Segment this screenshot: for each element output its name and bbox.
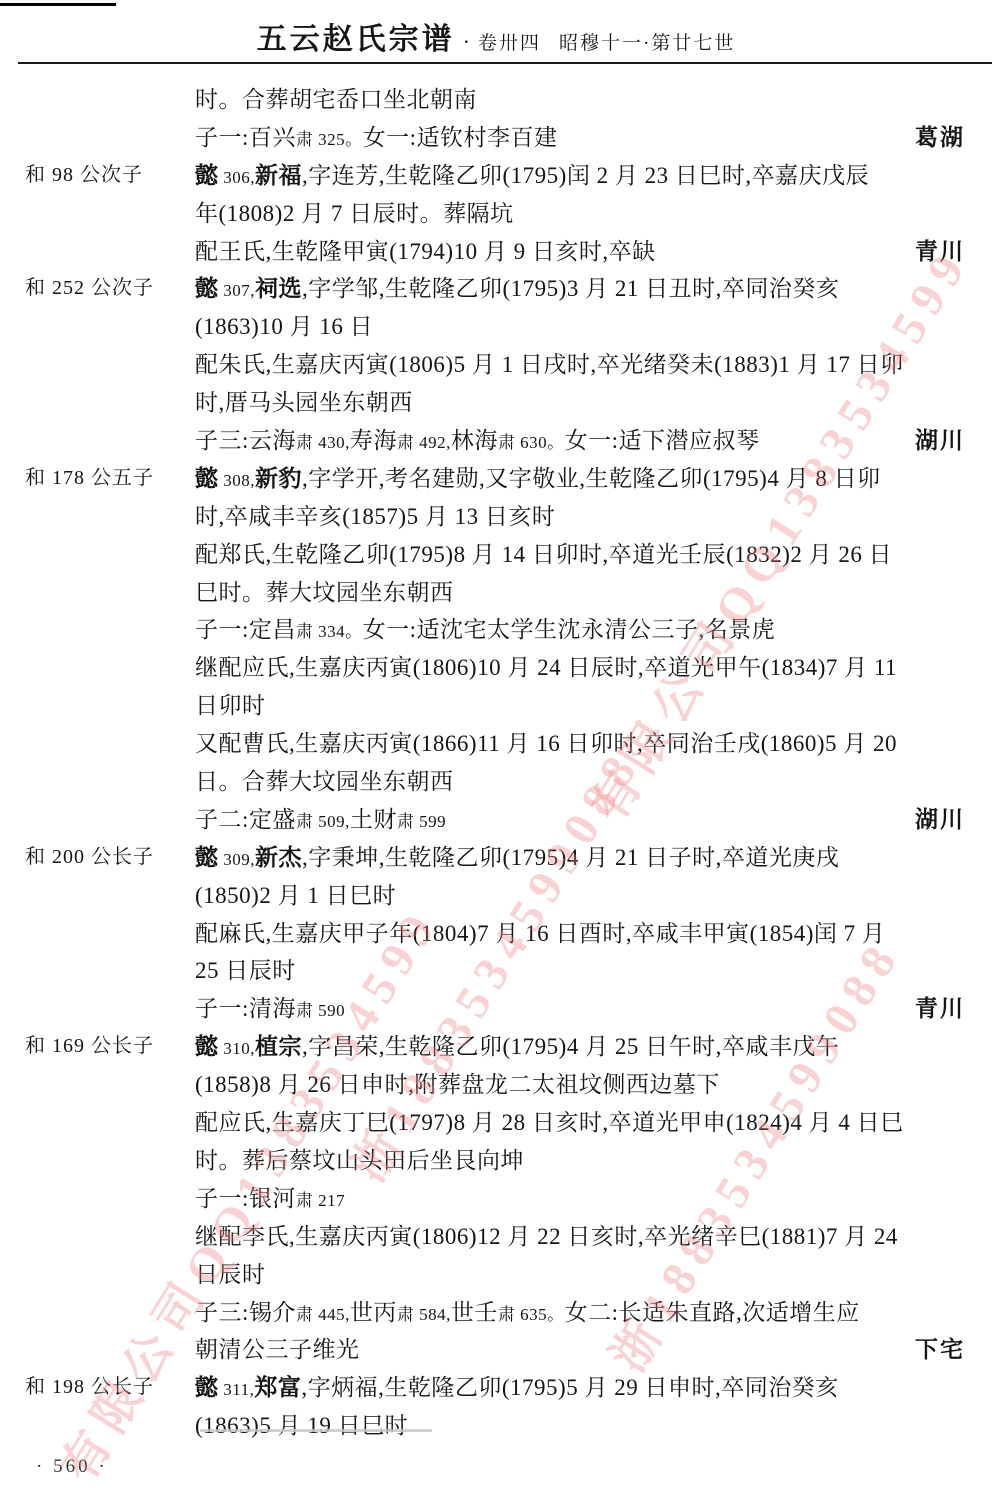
genealogy-line: 配麻氏,生嘉庆甲子年(1804)7 月 16 日酉时,卒咸丰甲寅(1854)闰 … <box>0 915 992 953</box>
genealogy-line: 年(1808)2 月 7 日辰时。葬隔坑 <box>0 195 992 233</box>
index-annotation: 306, <box>219 168 256 187</box>
person-name: 懿 <box>195 1034 219 1059</box>
line-segment: 配郑氏,生乾隆乙卯(1795)8 月 14 日卯时,卒道光壬辰(1832)2 月… <box>195 542 892 567</box>
line-text: 子二:定盛肃 509,土财肃 599 <box>195 801 446 841</box>
line-segment: (1850)2 月 1 日巳时 <box>195 883 396 908</box>
genealogy-line: 又配曹氏,生嘉庆丙寅(1866)11 月 16 日卯时,卒同治壬戌(1860)5… <box>0 725 992 763</box>
line-segment: 继配应氏,生嘉庆丙寅(1806)10 月 24 日辰时,卒道光甲午(1834)7… <box>195 655 897 680</box>
line-text: 子一:定昌肃 334。女一:适沈宅太学生沈永清公三子,名景虎 <box>195 611 775 651</box>
line-segment: 女一:适下潜应叔琴 <box>565 428 760 453</box>
genealogy-line: (1850)2 月 1 日巳时 <box>0 877 992 915</box>
genealogy-rows: 时。合葬胡宅岙口坐北朝南子一:百兴肃 325。女一:适钦村李百建葛湖和 98 公… <box>0 81 992 1445</box>
genealogy-line: 子二:定盛肃 509,土财肃 599湖川 <box>0 801 992 839</box>
line-text: 子一:银河肃 217 <box>195 1180 345 1220</box>
line-text: 日辰时 <box>195 1256 266 1294</box>
line-segment: 时,厝马头园坐东朝西 <box>195 390 413 415</box>
scan-artifact <box>200 1429 432 1432</box>
line-text: 日卯时 <box>195 687 266 725</box>
genealogy-line: 子一:清海肃 590青川 <box>0 990 992 1028</box>
person-name: 懿 <box>195 466 219 491</box>
line-text: 日。合葬大坟园坐东朝西 <box>195 763 454 801</box>
line-segment: 又配曹氏,生嘉庆丙寅(1866)11 月 16 日卯时,卒同治壬戌(1860)5… <box>195 731 897 756</box>
index-annotation: 肃 635。 <box>498 1305 565 1324</box>
line-text: 懿 311,郑富,字炳福,生乾隆乙卯(1795)5 月 29 日申时,卒同治癸亥 <box>195 1369 839 1409</box>
genealogy-line: 时。合葬胡宅岙口坐北朝南 <box>0 81 992 119</box>
line-segment: ,字昌荣,生乾隆乙卯(1795)4 月 25 日午时,卒咸丰戊午 <box>302 1034 839 1059</box>
hamlet-label: 青川 <box>915 233 965 271</box>
page-number: · 560 · <box>36 1456 108 1478</box>
line-segment: 女一:适钦村李百建 <box>363 125 558 150</box>
person-name: 植宗 <box>255 1034 302 1059</box>
index-annotation: 肃 325。 <box>296 130 363 149</box>
genealogy-line: (1858)8 月 26 日申时,附葬盘龙二太祖坟侧西边墓下 <box>0 1066 992 1104</box>
index-annotation: 肃 599 <box>397 812 446 831</box>
person-name: 懿 <box>195 1375 219 1400</box>
person-name: 懿 <box>195 163 219 188</box>
generation-side-label: 和 178 公五子 <box>25 460 154 498</box>
genealogy-line: 继配李氏,生嘉庆丙寅(1806)12 月 22 日亥时,卒光绪辛巳(1881)7… <box>0 1218 992 1256</box>
line-segment: 土财 <box>350 807 397 832</box>
line-segment: 朝清公三子维光 <box>195 1337 360 1362</box>
line-segment: 子一:百兴 <box>195 125 296 150</box>
line-text: 年(1808)2 月 7 日辰时。葬隔坑 <box>195 195 514 233</box>
line-segment: (1858)8 月 26 日申时,附葬盘龙二太祖坟侧西边墓下 <box>195 1072 720 1097</box>
line-text: 继配李氏,生嘉庆丙寅(1806)12 月 22 日亥时,卒光绪辛巳(1881)7… <box>195 1218 898 1256</box>
line-segment: 林海 <box>451 428 498 453</box>
index-annotation: 肃 630。 <box>498 433 565 452</box>
genealogy-line: 朝清公三子维光下宅 <box>0 1331 992 1369</box>
line-segment: 配王氏,生乾隆甲寅(1794)10 月 9 日亥时,卒缺 <box>195 239 656 264</box>
line-segment: 世丙 <box>350 1300 397 1325</box>
index-annotation: 310, <box>219 1039 256 1058</box>
generation-side-label: 和 200 公长子 <box>25 839 154 877</box>
scan-edge-mark <box>0 3 116 6</box>
line-segment: ,字学邹,生乾隆乙卯(1795)3 月 21 日丑时,卒同治癸亥 <box>302 276 839 301</box>
line-segment: 子二:定盛 <box>195 807 296 832</box>
line-segment: 子三:云海 <box>195 428 296 453</box>
generation-side-label: 和 252 公次子 <box>25 270 154 308</box>
line-text: 朝清公三子维光 <box>195 1331 360 1369</box>
header-rule <box>18 62 992 64</box>
section-label: 昭穆十一·第廿七世 <box>559 33 735 54</box>
title-separator: · <box>463 29 470 54</box>
line-segment: 时。合葬胡宅岙口坐北朝南 <box>195 87 477 112</box>
index-annotation: 肃 492, <box>397 433 451 452</box>
line-text: (1850)2 月 1 日巳时 <box>195 877 396 915</box>
index-annotation: 307, <box>219 281 256 300</box>
genealogy-line: 和 178 公五子懿 308,新豹,字学开,考名建勋,又字敬业,生乾隆乙卯(17… <box>0 460 992 498</box>
person-name: 懿 <box>195 845 219 870</box>
line-segment: 子三:锡介 <box>195 1300 296 1325</box>
line-text: 巳时。葬大坟园坐东朝西 <box>195 574 454 612</box>
line-segment: 日卯时 <box>195 693 266 718</box>
line-segment: 女二:长适朱直路,次适增生应 <box>565 1300 860 1325</box>
line-text: 子三:云海肃 430,寿海肃 492,林海肃 630。女一:适下潜应叔琴 <box>195 422 760 462</box>
index-annotation: 311, <box>219 1380 255 1399</box>
genealogy-line: 配王氏,生乾隆甲寅(1794)10 月 9 日亥时,卒缺青川 <box>0 233 992 271</box>
person-name: 新杰 <box>255 845 302 870</box>
index-annotation: 肃 430, <box>296 433 350 452</box>
line-segment: 子一:银河 <box>195 1186 296 1211</box>
genealogy-line: 时。葬后蔡坟山头田后坐艮向坤 <box>0 1142 992 1180</box>
line-segment: 日。合葬大坟园坐东朝西 <box>195 769 454 794</box>
line-segment: (1863)10 月 16 日 <box>195 314 373 339</box>
line-segment: ,字连芳,生乾隆乙卯(1795)闰 2 月 23 日巳时,卒嘉庆戊辰 <box>302 163 869 188</box>
line-text: (1863)5 月 19 日巳时 <box>195 1407 408 1445</box>
genealogy-line: 和 252 公次子懿 307,祠选,字学邹,生乾隆乙卯(1795)3 月 21 … <box>0 270 992 308</box>
hamlet-label: 青川 <box>915 990 965 1028</box>
hamlet-label: 下宅 <box>915 1331 965 1369</box>
genealogy-line: 巳时。葬大坟园坐东朝西 <box>0 574 992 612</box>
line-text: 时。合葬胡宅岙口坐北朝南 <box>195 81 477 119</box>
line-segment: (1863)5 月 19 日巳时 <box>195 1413 408 1438</box>
line-text: 25 日辰时 <box>195 952 296 990</box>
genealogy-line: 和 200 公长子懿 309,新杰,字秉坤,生乾隆乙卯(1795)4 月 21 … <box>0 839 992 877</box>
genealogy-line: 和 98 公次子懿 306,新福,字连芳,生乾隆乙卯(1795)闰 2 月 23… <box>0 157 992 195</box>
index-annotation: 肃 509, <box>296 812 350 831</box>
line-segment: 女一:适沈宅太学生沈永清公三子,名景虎 <box>363 617 776 642</box>
person-name: 懿 <box>195 276 219 301</box>
person-name: 新豹 <box>255 466 302 491</box>
hamlet-label: 湖川 <box>915 422 965 460</box>
line-segment: ,字炳福,生乾隆乙卯(1795)5 月 29 日申时,卒同治癸亥 <box>301 1375 838 1400</box>
line-segment: ,字学开,考名建勋,又字敬业,生乾隆乙卯(1795)4 月 8 日卯 <box>302 466 881 491</box>
volume-label: 卷卅四 <box>478 33 541 54</box>
genealogy-line: 和 169 公长子懿 310,植宗,字昌荣,生乾隆乙卯(1795)4 月 25 … <box>0 1028 992 1066</box>
generation-side-label: 和 169 公长子 <box>25 1028 154 1066</box>
page-header: 五云赵氏宗谱·卷卅四昭穆十一·第廿七世 <box>0 14 992 58</box>
line-text: 懿 307,祠选,字学邹,生乾隆乙卯(1795)3 月 21 日丑时,卒同治癸亥 <box>195 270 839 310</box>
genealogy-line: 子三:云海肃 430,寿海肃 492,林海肃 630。女一:适下潜应叔琴湖川 <box>0 422 992 460</box>
genealogy-line: (1863)10 月 16 日 <box>0 308 992 346</box>
hamlet-label: 葛湖 <box>915 119 965 157</box>
person-name: 新福 <box>255 163 302 188</box>
genealogy-line: 日卯时 <box>0 687 992 725</box>
line-text: 配应氏,生嘉庆丁巳(1797)8 月 28 日亥时,卒道光甲申(1824)4 月… <box>195 1104 904 1142</box>
line-segment: 配朱氏,生嘉庆丙寅(1806)5 月 1 日戌时,卒光绪癸未(1883)1 月 … <box>195 352 904 377</box>
line-segment: 时,卒咸丰辛亥(1857)5 月 13 日亥时 <box>195 504 555 529</box>
line-segment: 25 日辰时 <box>195 958 296 983</box>
index-annotation: 308, <box>219 471 256 490</box>
generation-side-label: 和 198 公长子 <box>25 1369 154 1407</box>
genealogy-line: 日辰时 <box>0 1256 992 1294</box>
genealogy-line: 配朱氏,生嘉庆丙寅(1806)5 月 1 日戌时,卒光绪癸未(1883)1 月 … <box>0 346 992 384</box>
line-segment: 世壬 <box>451 1300 498 1325</box>
line-text: 子一:清海肃 590 <box>195 990 345 1030</box>
genealogy-line: 25 日辰时 <box>0 952 992 990</box>
genealogy-line: 日。合葬大坟园坐东朝西 <box>0 763 992 801</box>
genealogy-line: 子三:锡介肃 445,世丙肃 584,世壬肃 635。女二:长适朱直路,次适增生… <box>0 1294 992 1332</box>
line-text: 又配曹氏,生嘉庆丙寅(1866)11 月 16 日卯时,卒同治壬戌(1860)5… <box>195 725 897 763</box>
line-text: 配麻氏,生嘉庆甲子年(1804)7 月 16 日酉时,卒咸丰甲寅(1854)闰 … <box>195 915 885 953</box>
line-text: 时。葬后蔡坟山头田后坐艮向坤 <box>195 1142 524 1180</box>
index-annotation: 肃 217 <box>296 1191 345 1210</box>
line-segment: 子一:定昌 <box>195 617 296 642</box>
line-segment: 继配李氏,生嘉庆丙寅(1806)12 月 22 日亥时,卒光绪辛巳(1881)7… <box>195 1224 898 1249</box>
genealogy-line: 继配应氏,生嘉庆丙寅(1806)10 月 24 日辰时,卒道光甲午(1834)7… <box>0 649 992 687</box>
genealogy-line: (1863)5 月 19 日巳时 <box>0 1407 992 1445</box>
line-segment: 时。葬后蔡坟山头田后坐艮向坤 <box>195 1148 524 1173</box>
line-segment: 配麻氏,生嘉庆甲子年(1804)7 月 16 日酉时,卒咸丰甲寅(1854)闰 … <box>195 921 885 946</box>
genealogy-line: 时,厝马头园坐东朝西 <box>0 384 992 422</box>
genealogy-page: { "header": { "title": "五云赵氏宗谱", "separa… <box>0 0 992 1512</box>
line-segment: 寿海 <box>350 428 397 453</box>
index-annotation: 肃 334。 <box>296 622 363 641</box>
line-segment: 年(1808)2 月 7 日辰时。葬隔坑 <box>195 201 514 226</box>
line-text: 懿 308,新豹,字学开,考名建勋,又字敬业,生乾隆乙卯(1795)4 月 8 … <box>195 460 881 500</box>
line-text: 配王氏,生乾隆甲寅(1794)10 月 9 日亥时,卒缺 <box>195 233 656 271</box>
book-title: 五云赵氏宗谱 <box>257 23 455 56</box>
line-text: 配朱氏,生嘉庆丙寅(1806)5 月 1 日戌时,卒光绪癸未(1883)1 月 … <box>195 346 904 384</box>
line-segment: 巳时。葬大坟园坐东朝西 <box>195 580 454 605</box>
index-annotation: 肃 584, <box>397 1305 451 1324</box>
person-name: 祠选 <box>255 276 302 301</box>
line-segment: ,字秉坤,生乾隆乙卯(1795)4 月 21 日子时,卒道光庚戌 <box>302 845 839 870</box>
index-annotation: 309, <box>219 850 256 869</box>
line-text: (1863)10 月 16 日 <box>195 308 373 346</box>
line-text: 时,厝马头园坐东朝西 <box>195 384 413 422</box>
genealogy-line: 配郑氏,生乾隆乙卯(1795)8 月 14 日卯时,卒道光壬辰(1832)2 月… <box>0 536 992 574</box>
line-text: (1858)8 月 26 日申时,附葬盘龙二太祖坟侧西边墓下 <box>195 1066 720 1104</box>
person-name: 郑富 <box>254 1375 301 1400</box>
genealogy-line: 配应氏,生嘉庆丁巳(1797)8 月 28 日亥时,卒道光甲申(1824)4 月… <box>0 1104 992 1142</box>
line-text: 懿 309,新杰,字秉坤,生乾隆乙卯(1795)4 月 21 日子时,卒道光庚戌 <box>195 839 839 879</box>
genealogy-line: 和 198 公长子懿 311,郑富,字炳福,生乾隆乙卯(1795)5 月 29 … <box>0 1369 992 1407</box>
line-text: 子一:百兴肃 325。女一:适钦村李百建 <box>195 119 558 159</box>
line-segment: 日辰时 <box>195 1262 266 1287</box>
line-text: 子三:锡介肃 445,世丙肃 584,世壬肃 635。女二:长适朱直路,次适增生… <box>195 1294 860 1334</box>
genealogy-line: 时,卒咸丰辛亥(1857)5 月 13 日亥时 <box>0 498 992 536</box>
genealogy-line: 子一:银河肃 217 <box>0 1180 992 1218</box>
index-annotation: 肃 590 <box>296 1001 345 1020</box>
line-segment: 配应氏,生嘉庆丁巳(1797)8 月 28 日亥时,卒道光甲申(1824)4 月… <box>195 1110 904 1135</box>
hamlet-label: 湖川 <box>915 801 965 839</box>
index-annotation: 肃 445, <box>296 1305 350 1324</box>
line-text: 懿 310,植宗,字昌荣,生乾隆乙卯(1795)4 月 25 日午时,卒咸丰戊午 <box>195 1028 839 1068</box>
line-text: 时,卒咸丰辛亥(1857)5 月 13 日亥时 <box>195 498 555 536</box>
line-text: 继配应氏,生嘉庆丙寅(1806)10 月 24 日辰时,卒道光甲午(1834)7… <box>195 649 897 687</box>
line-text: 懿 306,新福,字连芳,生乾隆乙卯(1795)闰 2 月 23 日巳时,卒嘉庆… <box>195 157 869 197</box>
genealogy-line: 子一:定昌肃 334。女一:适沈宅太学生沈永清公三子,名景虎 <box>0 611 992 649</box>
generation-side-label: 和 98 公次子 <box>25 157 143 195</box>
line-text: 配郑氏,生乾隆乙卯(1795)8 月 14 日卯时,卒道光壬辰(1832)2 月… <box>195 536 892 574</box>
genealogy-line: 子一:百兴肃 325。女一:适钦村李百建葛湖 <box>0 119 992 157</box>
line-segment: 子一:清海 <box>195 996 296 1021</box>
